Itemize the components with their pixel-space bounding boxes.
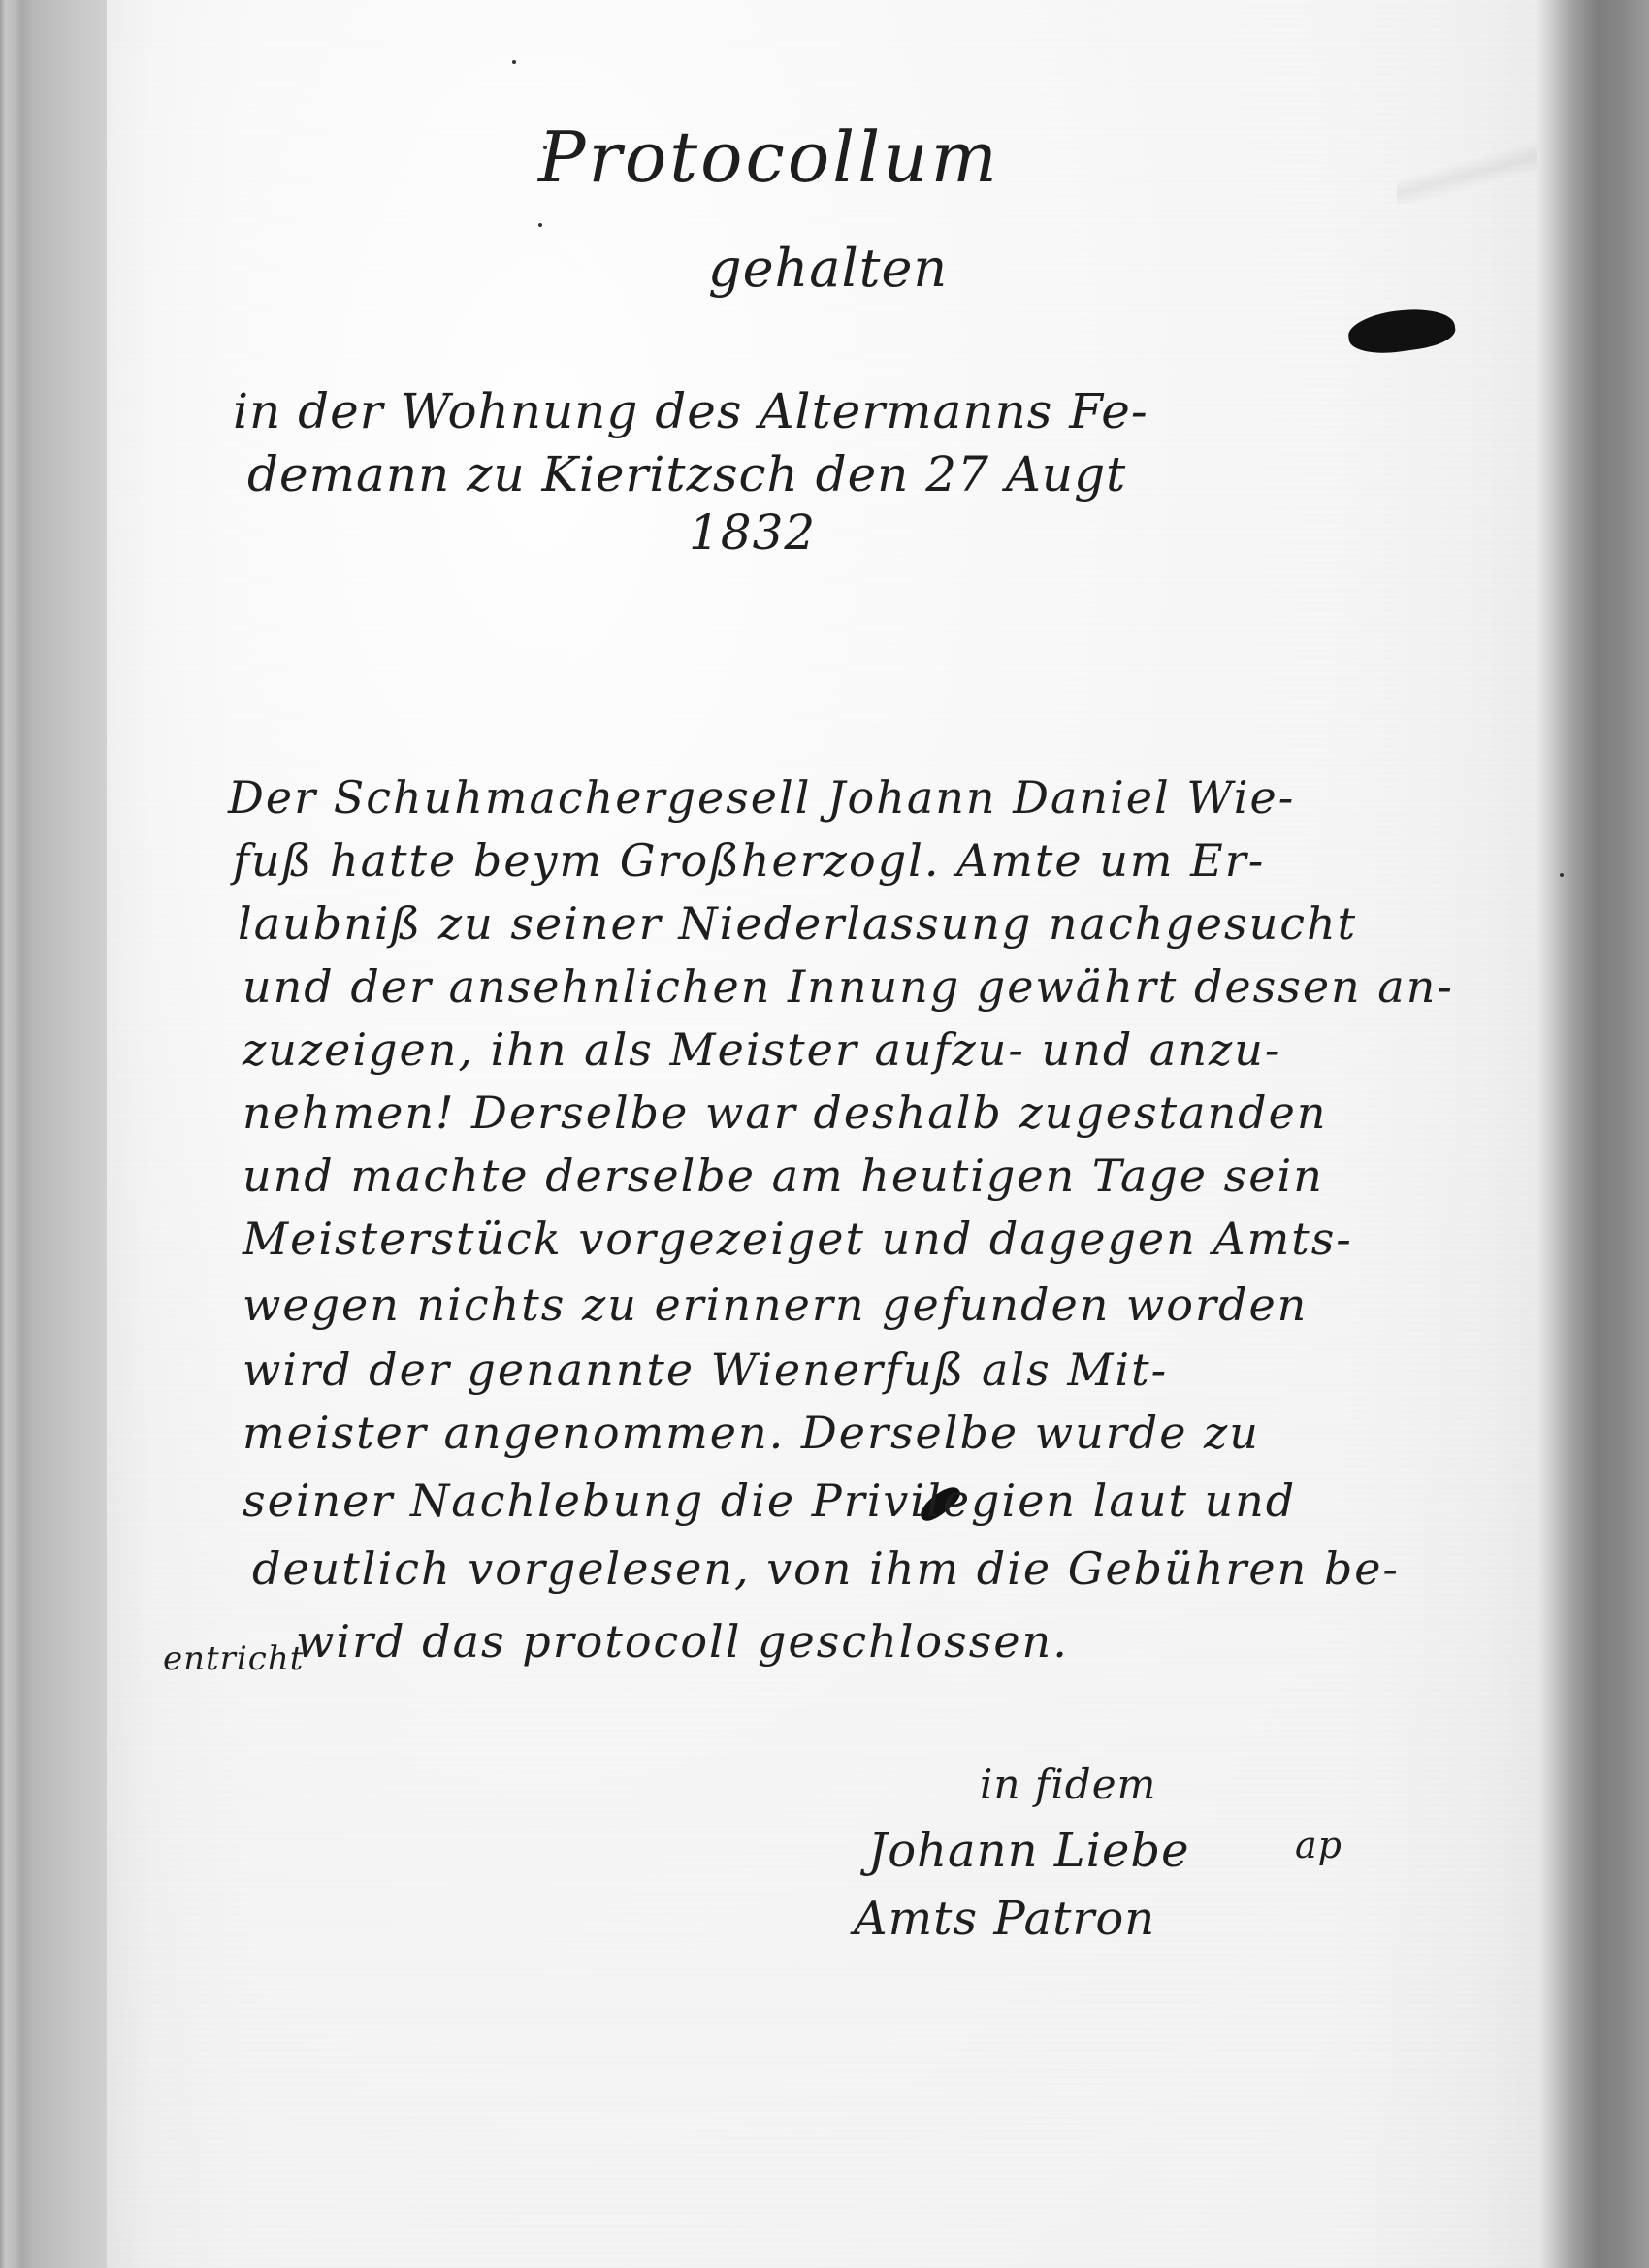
location-line-2: demann zu Kieritzsch den 27 Augt <box>247 446 1126 502</box>
paper-speck <box>538 223 542 227</box>
signature-in-fidem: in fidem <box>980 1761 1156 1808</box>
body-line: und der ansehnlichen Innung gewährt dess… <box>242 960 1454 1013</box>
body-line: laubniß zu seiner Niederlassung nachgesu… <box>238 897 1357 950</box>
location-line-1: in der Wohnung des Altermanns Fe- <box>233 383 1148 439</box>
signature-title: Amts Patron <box>854 1892 1155 1946</box>
document-year: 1832 <box>689 504 816 561</box>
body-line: deutlich vorgelesen, von ihm die Gebühre… <box>252 1542 1400 1595</box>
book-gutter-right <box>1537 0 1649 2268</box>
paper-speck <box>543 146 547 149</box>
paper-speck <box>512 60 516 64</box>
margin-note: entricht <box>163 1639 304 1678</box>
signature-suffix: ap <box>1295 1824 1342 1866</box>
document-title: Protocollum <box>538 116 1000 198</box>
body-line: und machte derselbe am heutigen Tage sei… <box>242 1150 1324 1202</box>
paper-speck <box>1560 873 1564 877</box>
body-line: zuzeigen, ihn als Meister aufzu- und anz… <box>242 1023 1281 1076</box>
body-line: fuß hatte beym Großherzogl. Amte um Er- <box>233 834 1265 887</box>
document-subtitle: gehalten <box>708 238 948 299</box>
body-line: wird das protocoll geschlossen. <box>296 1615 1069 1668</box>
body-line: Meisterstück vorgezeiget und dagegen Amt… <box>242 1213 1353 1265</box>
body-line: nehmen! Derselbe war deshalb zugestanden <box>242 1086 1327 1139</box>
signature-name: Johann Liebe <box>868 1824 1190 1878</box>
body-line: wegen nichts zu erinnern gefunden worden <box>242 1279 1308 1331</box>
body-line: Der Schuhmachergesell Johann Daniel Wie- <box>228 771 1295 824</box>
body-line: seiner Nachlebung die Privilegien laut u… <box>242 1474 1296 1527</box>
body-line: meister angenommen. Derselbe wurde zu <box>242 1407 1260 1459</box>
body-line: wird der genannte Wienerfuß als Mit- <box>242 1344 1168 1396</box>
